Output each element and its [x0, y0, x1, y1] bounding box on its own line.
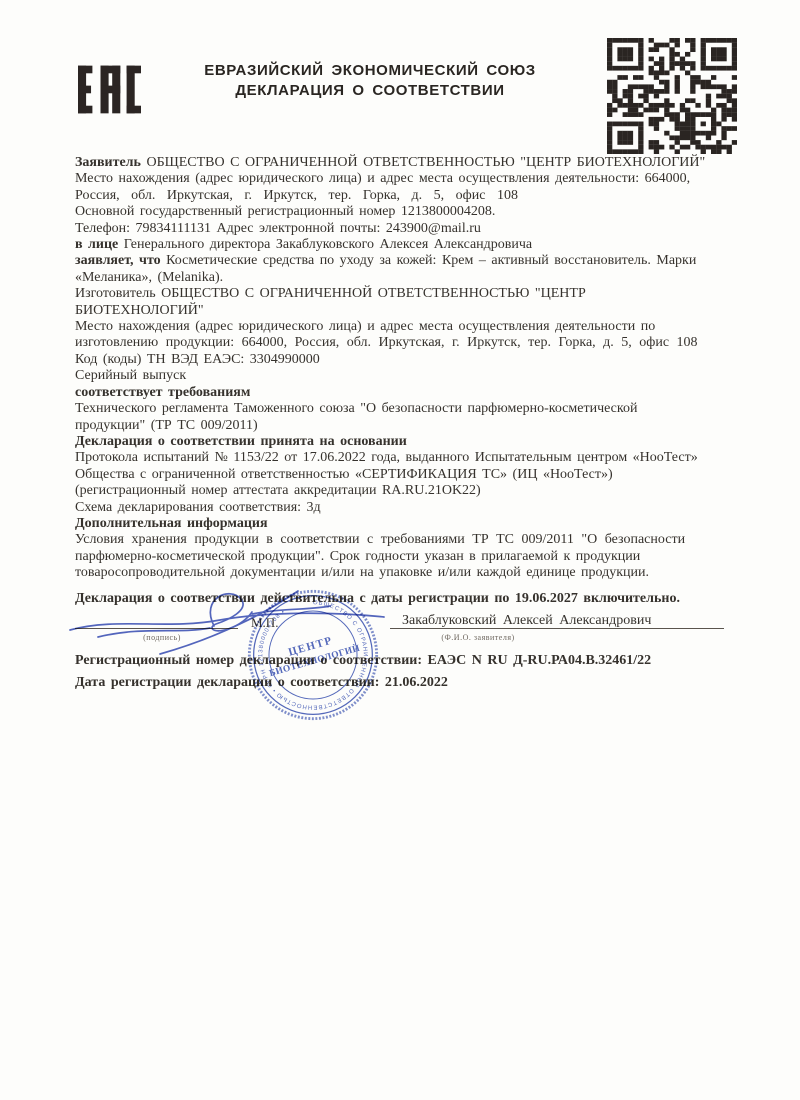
applicant-name-line — [390, 628, 724, 629]
company-stamp: ОБЩЕСТВО С ОГРАНИЧЕННОЙ ОТВЕТСТВЕННОСТЬЮ… — [246, 588, 380, 722]
doc-line: БИОТЕХНОЛОГИЙ" — [75, 303, 727, 319]
doc-line: соответствует требованиям — [75, 385, 727, 401]
title-union: ЕВРАЗИЙСКИЙ ЭКОНОМИЧЕСКИЙ СОЮЗ — [145, 61, 595, 81]
doc-line: Место нахождения (адрес юридического лиц… — [75, 171, 727, 187]
doc-line: Схема декларирования соответствия: 3д — [75, 500, 727, 516]
doc-line: продукции" (ТР ТС 009/2011) — [75, 418, 727, 434]
doc-line: Основной государственный регистрационный… — [75, 204, 727, 220]
declaration-page: ЕВРАЗИЙСКИЙ ЭКОНОМИЧЕСКИЙ СОЮЗ ДЕКЛАРАЦИ… — [0, 0, 800, 1100]
doc-line: Декларация о соответствии принята на осн… — [75, 434, 727, 450]
doc-line: парфюмерно-косметической продукции". Сро… — [75, 549, 727, 565]
registration-date: Дата регистрации декларации о соответств… — [75, 675, 727, 691]
doc-line: в лице Генерального директора Закаблуков… — [75, 237, 727, 253]
doc-line: Дополнительная информация — [75, 516, 727, 532]
document-title: ЕВРАЗИЙСКИЙ ЭКОНОМИЧЕСКИЙ СОЮЗ ДЕКЛАРАЦИ… — [145, 61, 595, 100]
doc-line: Общества с ограниченной ответственностью… — [75, 467, 727, 483]
doc-line: Протокола испытаний № 1153/22 от 17.06.2… — [75, 450, 727, 466]
doc-line: Технического регламента Таможенного союз… — [75, 401, 727, 417]
qr-code-icon — [607, 38, 737, 154]
doc-line: товаросопроводительной документации и/ил… — [75, 565, 727, 581]
doc-line: «Меланика», (Melanika). — [75, 270, 727, 286]
doc-line: Заявитель ОБЩЕСТВО С ОГРАНИЧЕННОЙ ОТВЕТС… — [75, 155, 727, 171]
applicant-name: Закаблуковский Алексей Александрович — [402, 613, 651, 629]
doc-line: Изготовитель ОБЩЕСТВО С ОГРАНИЧЕННОЙ ОТВ… — [75, 286, 727, 302]
doc-line: Россия, обл. Иркутская, г. Иркутск, тер.… — [75, 188, 727, 204]
eac-logo-icon — [78, 62, 141, 117]
doc-line: (регистрационный номер аттестата аккреди… — [75, 483, 727, 499]
title-declaration: ДЕКЛАРАЦИЯ О СООТВЕТСТВИИ — [145, 81, 595, 101]
doc-line: Код (коды) ТН ВЭД ЕАЭС: 3304990000 — [75, 352, 727, 368]
applicant-name-caption: (Ф.И.О. заявителя) — [393, 630, 563, 646]
doc-line: заявляет, что Косметические средства по … — [75, 253, 727, 269]
document-body-lines: Заявитель ОБЩЕСТВО С ОГРАНИЧЕННОЙ ОТВЕТС… — [75, 155, 727, 582]
doc-line: Место нахождения (адрес юридического лиц… — [75, 319, 727, 335]
doc-line: изготовлению продукции: 664000, Россия, … — [75, 335, 727, 351]
doc-line: Телефон: 79834111131 Адрес электронной п… — [75, 221, 727, 237]
doc-line: Серийный выпуск — [75, 368, 727, 384]
doc-line: Условия хранения продукции в соответстви… — [75, 532, 727, 548]
